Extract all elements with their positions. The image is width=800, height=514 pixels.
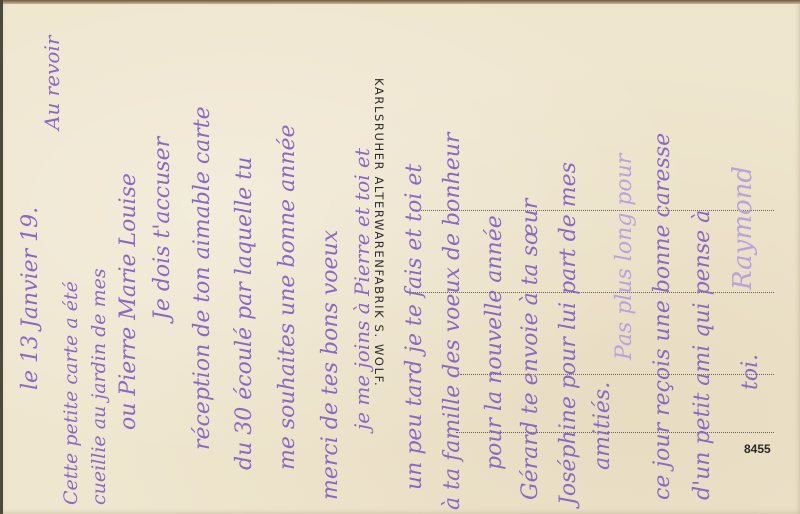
handwriting-line: à ta famille des voeux de bonheur bbox=[440, 133, 465, 510]
address-line-1 bbox=[412, 210, 774, 211]
handwriting-line: Joséphine pour lui part de mes bbox=[556, 162, 581, 505]
handwriting-line: Je dois t'accuser bbox=[150, 137, 175, 320]
card-left-edge bbox=[0, 0, 3, 514]
handwriting-line: toi. bbox=[738, 354, 763, 390]
handwriting-line: Cette petite carte a été bbox=[60, 281, 82, 505]
handwriting-line: cueillie au jardin de mes bbox=[88, 268, 110, 505]
handwriting-header: Au revoir bbox=[40, 36, 64, 130]
catalog-number: 8455 bbox=[744, 442, 771, 456]
handwriting-line: me souhaites une bonne année bbox=[275, 124, 300, 470]
handwriting-line: merci de tes bons voeux bbox=[318, 230, 343, 500]
handwriting-line: ou Pierre Marie Louise bbox=[116, 173, 141, 430]
postcard-back: KARLSRUHER ALTERWARENFABRIK S. WOLF. 845… bbox=[0, 0, 800, 514]
handwriting-line: Pas plus long pour bbox=[612, 154, 637, 360]
handwriting-line: Gérard te envoie à ta sœur bbox=[518, 199, 543, 500]
handwriting-line: un peu tard je te fais et toi et bbox=[402, 164, 427, 490]
handwriting-line: ce jour reçois une bonne caresse bbox=[650, 133, 675, 500]
handwriting-line: amitiés. bbox=[590, 382, 615, 470]
handwriting-date: le 13 Janvier 19. bbox=[18, 207, 43, 390]
handwriting-line: pour la nouvelle année bbox=[482, 215, 507, 470]
address-line-2 bbox=[412, 292, 774, 293]
handwriting-signature: Raymond bbox=[728, 166, 758, 290]
handwriting-line: réception de ton aimable carte bbox=[190, 106, 215, 450]
card-top-edge bbox=[0, 0, 800, 4]
address-line-3 bbox=[460, 374, 774, 375]
handwriting-line: du 30 écoulé par laquelle tu bbox=[232, 157, 257, 470]
handwriting-line: je me joins à Pierre et toi et bbox=[350, 148, 374, 430]
handwriting-line: d'un petit ami qui pense à bbox=[690, 210, 715, 500]
publisher-imprint: KARLSRUHER ALTERWARENFABRIK S. WOLF. bbox=[372, 78, 386, 387]
